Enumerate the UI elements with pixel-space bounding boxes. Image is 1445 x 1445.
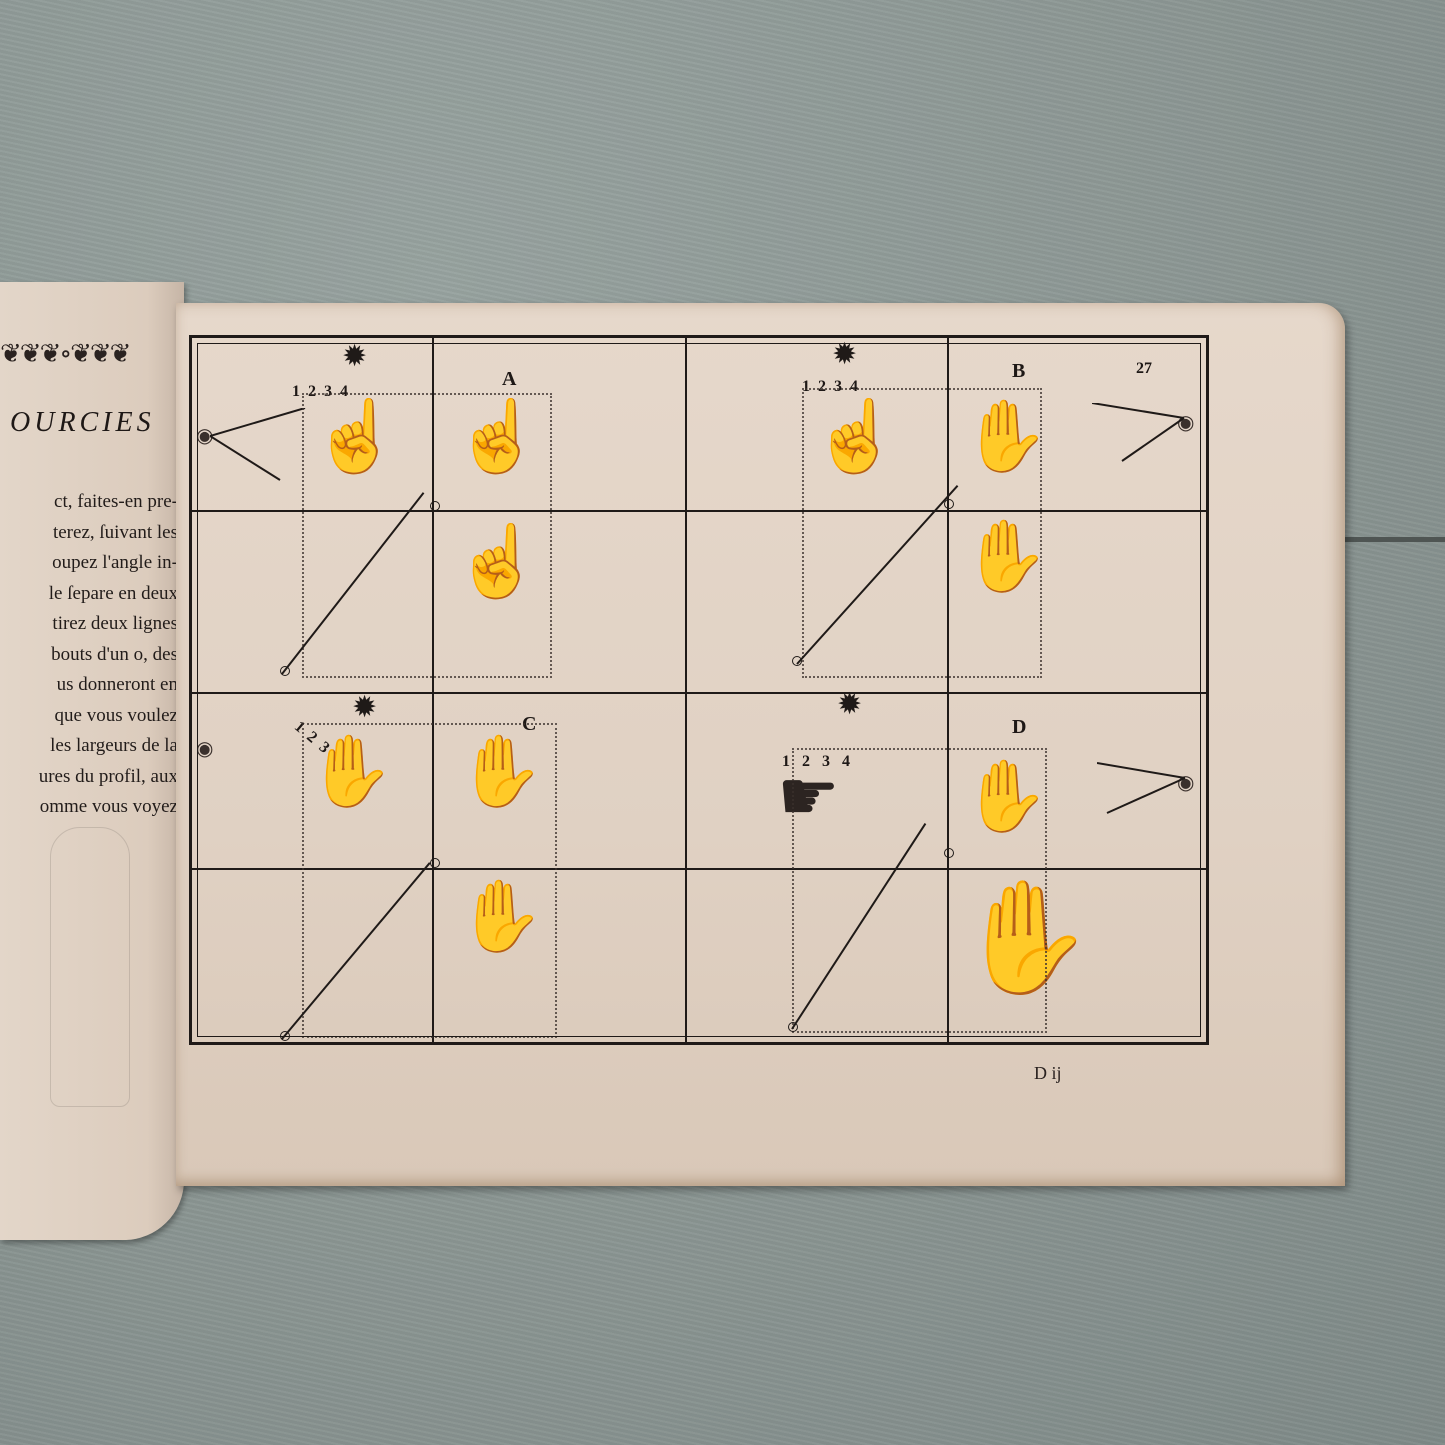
text-line: tirez deux lignes (0, 609, 178, 640)
panel-label-b: B (1012, 360, 1025, 383)
sight-lines (1097, 758, 1187, 818)
projection-dotted-lines (802, 388, 1042, 678)
ornament-header: ❦❦❦∘❦❦❦ (0, 339, 178, 371)
text-line: terez, ſuivant les (0, 518, 178, 549)
right-page: ✹ ◉ 1 2 3 4 ☝ A ☝ ☝ ✹ 1 2 3 4 ☝ B 27 ✋ ✋… (176, 303, 1345, 1186)
origin-marker (944, 499, 954, 509)
engraving-frame: ✹ ◉ 1 2 3 4 ☝ A ☝ ☝ ✹ 1 2 3 4 ☝ B 27 ✋ ✋… (189, 335, 1209, 1045)
panel-label-a: A (502, 368, 516, 391)
sun-icon: ✹ (342, 342, 367, 372)
origin-marker (944, 848, 954, 858)
origin-marker (792, 656, 802, 666)
origin-marker (430, 501, 440, 511)
left-page: ❦❦❦∘❦❦❦ OURCIES ct, faites-en pre- terez… (0, 282, 184, 1240)
projection-dotted-lines (302, 723, 557, 1038)
text-line: les largeurs de la (0, 731, 178, 762)
signature-mark: D ij (1034, 1063, 1062, 1084)
eye-icon: ◉ (196, 736, 213, 761)
sight-lines (1092, 403, 1187, 463)
projection-dotted-lines (792, 748, 1047, 1033)
sun-icon: ✹ (837, 690, 862, 720)
text-line: omme vous voyez (0, 792, 178, 823)
sun-icon: ✹ (352, 693, 377, 723)
faint-pencil-sketch (50, 827, 130, 1107)
origin-marker (788, 1022, 798, 1032)
page-number: 27 (1136, 360, 1152, 378)
sight-lines (210, 408, 310, 483)
text-line: oupez l'angle in- (0, 548, 178, 579)
text-line: us donneront en (0, 670, 178, 701)
grid-line (685, 338, 687, 1042)
text-line: que vous voulez (0, 701, 178, 732)
projection-dotted-lines (302, 393, 552, 678)
text-line: ct, faites-en pre- (0, 487, 178, 518)
origin-marker (280, 1031, 290, 1041)
left-page-text: ct, faites-en pre- terez, ſuivant les ou… (0, 487, 178, 823)
chapter-heading: OURCIES (10, 407, 155, 439)
origin-marker (430, 858, 440, 868)
plank-seam (1340, 537, 1445, 542)
grid-line (192, 692, 1206, 694)
text-line: le ſepare en deux (0, 579, 178, 610)
panel-label-d: D (1012, 716, 1026, 739)
origin-marker (280, 666, 290, 676)
text-line: bouts d'un o, des (0, 640, 178, 671)
text-line: ures du profil, aux (0, 762, 178, 793)
sun-icon: ✹ (832, 340, 857, 370)
